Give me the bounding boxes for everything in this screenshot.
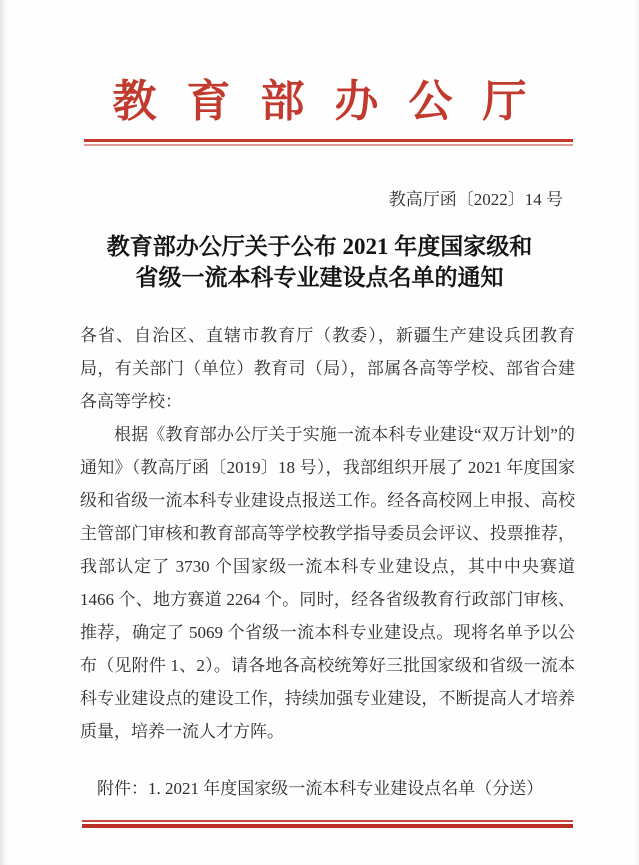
notice-title: 教育部办公厅关于公布 2021 年度国家级和 省级一流本科专业建设点名单的通知 xyxy=(40,231,599,293)
letterhead-rule xyxy=(84,139,573,146)
letterhead-rule-thick-line xyxy=(84,139,573,142)
footer-rule xyxy=(82,820,573,828)
footer-rule-thin-line xyxy=(82,820,573,822)
notice-title-line-1: 教育部办公厅关于公布 2021 年度国家级和 xyxy=(40,231,599,262)
main-body-paragraph: 根据《教育部办公厅关于实施一流本科专业建设“双万计划”的通知》（教高厅函〔201… xyxy=(80,418,575,748)
letterhead-agency-title: 教育部办公厅 xyxy=(0,74,639,130)
letterhead-rule-thin-line xyxy=(84,144,573,146)
document-page: 教育部办公厅 教高厅函〔2022〕14 号 教育部办公厅关于公布 2021 年度… xyxy=(0,0,639,865)
attachment-line: 附件：1. 2021 年度国家级一流本科专业建设点名单（分送） xyxy=(80,772,575,805)
notice-body: 各省、自治区、直辖市教育厅（教委），新疆生产建设兵团教育局，有关部门（单位）教育… xyxy=(80,319,575,748)
salutation-paragraph: 各省、自治区、直辖市教育厅（教委），新疆生产建设兵团教育局，有关部门（单位）教育… xyxy=(80,319,575,418)
doc-reference-number: 教高厅函〔2022〕14 号 xyxy=(0,188,563,212)
notice-title-line-2: 省级一流本科专业建设点名单的通知 xyxy=(40,262,599,293)
footer-rule-thick-line xyxy=(82,824,573,828)
